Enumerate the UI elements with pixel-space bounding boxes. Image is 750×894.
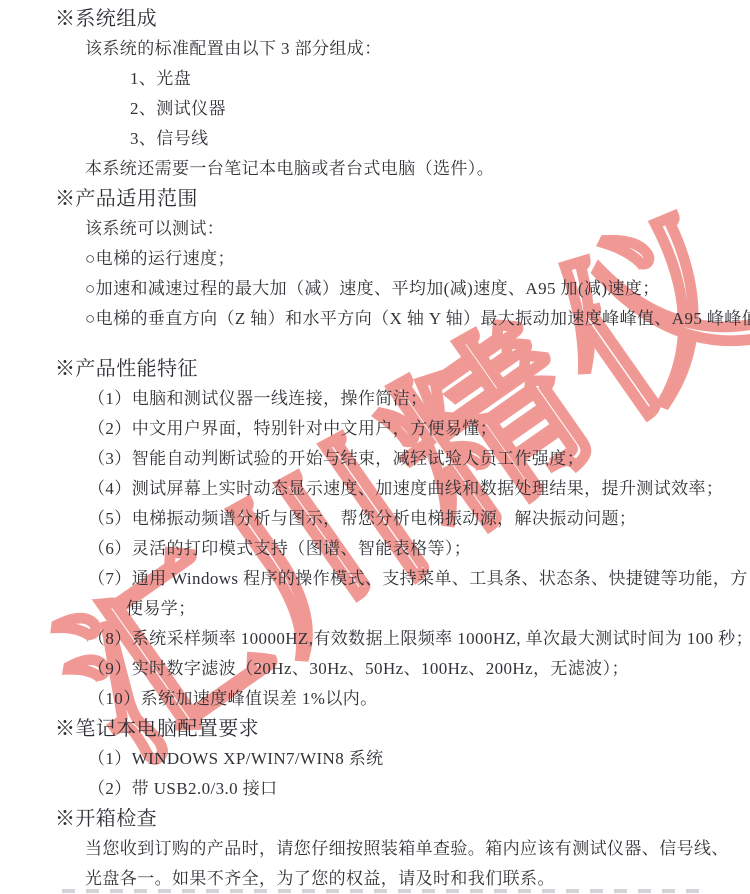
feature-item: （8） 系统采样频率 10000HZ,有效数据上限频率 1000HZ, 单次最大… [0,624,750,654]
system-intro: 该系统的标准配置由以下 3 部分组成： [0,34,750,64]
item-text: 测试屏幕上实时动态显示速度、加速度曲线和数据处理结果，提升测试效率； [132,474,724,504]
document-content: ※系统组成 该系统的标准配置由以下 3 部分组成： 1、光盘 2、测试仪器 3、… [0,0,750,894]
feature-item: （5） 电梯振动频谱分析与图示，帮您分析电梯振动源，解决振动问题； [0,504,750,534]
section-gap [0,334,750,354]
scope-item: ○电梯的垂直方向（Z 轴）和水平方向（X 轴 Y 轴）最大振动加速度峰峰值、A9… [0,304,750,334]
section-heading-features: ※产品性能特征 [0,354,750,384]
item-text: 通用 Windows 程序的操作模式、支持菜单、工具条、状态条、快捷键等功能，方 [132,564,748,594]
feature-item: （9） 实时数字滤波（20Hz、30Hz、50Hz、100Hz、200Hz，无滤… [0,654,750,684]
item-text: WINDOWS XP/WIN7/WIN8 系统 [132,744,384,774]
list-item: 1、光盘 [0,64,750,94]
item-text: 灵活的打印模式支持（图谱、智能表格等）； [132,534,472,564]
section-heading-system: ※系统组成 [0,4,750,34]
item-number: （6） [88,534,132,564]
cut-off-next-line [62,889,702,893]
laptop-item: （2） 带 USB2.0/3.0 接口 [0,774,750,804]
unboxing-text-line: 当您收到订购的产品时，请您仔细按照装箱单查验。箱内应该有测试仪器、信号线、 [0,834,750,864]
scope-intro: 该系统可以测试： [0,214,750,244]
item-number: （10） [88,684,141,714]
section-heading-scope: ※产品适用范围 [0,184,750,214]
item-text: 系统采样频率 10000HZ,有效数据上限频率 1000HZ, 单次最大测试时间… [132,624,750,654]
feature-item: （7） 通用 Windows 程序的操作模式、支持菜单、工具条、状态条、快捷键等… [0,564,750,594]
item-text: 电脑和测试仪器一线连接，操作简洁； [132,384,428,414]
item-number: （2） [88,414,132,444]
feature-item: （1） 电脑和测试仪器一线连接，操作简洁； [0,384,750,414]
item-number: （1） [88,744,132,774]
item-number: （8） [88,624,132,654]
laptop-item: （1） WINDOWS XP/WIN7/WIN8 系统 [0,744,750,774]
list-item: 2、测试仪器 [0,94,750,124]
feature-item: （10） 系统加速度峰值误差 1%以内。 [0,684,750,714]
system-note: 本系统还需要一台笔记本电脑或者台式电脑（选件）。 [0,154,750,184]
section-heading-unboxing: ※开箱检查 [0,804,750,834]
document-page: 汇川精仪 ※系统组成 该系统的标准配置由以下 3 部分组成： 1、光盘 2、测试… [0,0,750,894]
item-text: 中文用户界面，特别针对中文用户，方便易懂； [132,414,497,444]
scope-item: ○电梯的运行速度； [0,244,750,274]
item-text: 带 USB2.0/3.0 接口 [132,774,278,804]
item-text: 智能自动判断试验的开始与结束，减轻试验人员工作强度； [132,444,584,474]
item-number: （3） [88,444,132,474]
scope-item: ○加速和减速过程的最大加（减）速度、平均加(减)速度、A95 加(减)速度； [0,274,750,304]
item-number: （5） [88,504,132,534]
feature-item: （3） 智能自动判断试验的开始与结束，减轻试验人员工作强度； [0,444,750,474]
feature-item: （6） 灵活的打印模式支持（图谱、智能表格等）； [0,534,750,564]
item-text: 实时数字滤波（20Hz、30Hz、50Hz、100Hz、200Hz，无滤波）； [132,654,629,684]
item-text: 电梯振动频谱分析与图示，帮您分析电梯振动源，解决振动问题； [132,504,637,534]
section-heading-laptop: ※笔记本电脑配置要求 [0,714,750,744]
list-item: 3、信号线 [0,124,750,154]
feature-item: （2） 中文用户界面，特别针对中文用户，方便易懂； [0,414,750,444]
item-number: （2） [88,774,132,804]
feature-item-continuation: 便易学； [0,594,750,624]
item-number: （1） [88,384,132,414]
item-number: （4） [88,474,132,504]
feature-item: （4） 测试屏幕上实时动态显示速度、加速度曲线和数据处理结果，提升测试效率； [0,474,750,504]
item-number: （7） [88,564,132,594]
item-number: （9） [88,654,132,684]
item-text: 系统加速度峰值误差 1%以内。 [141,684,378,714]
